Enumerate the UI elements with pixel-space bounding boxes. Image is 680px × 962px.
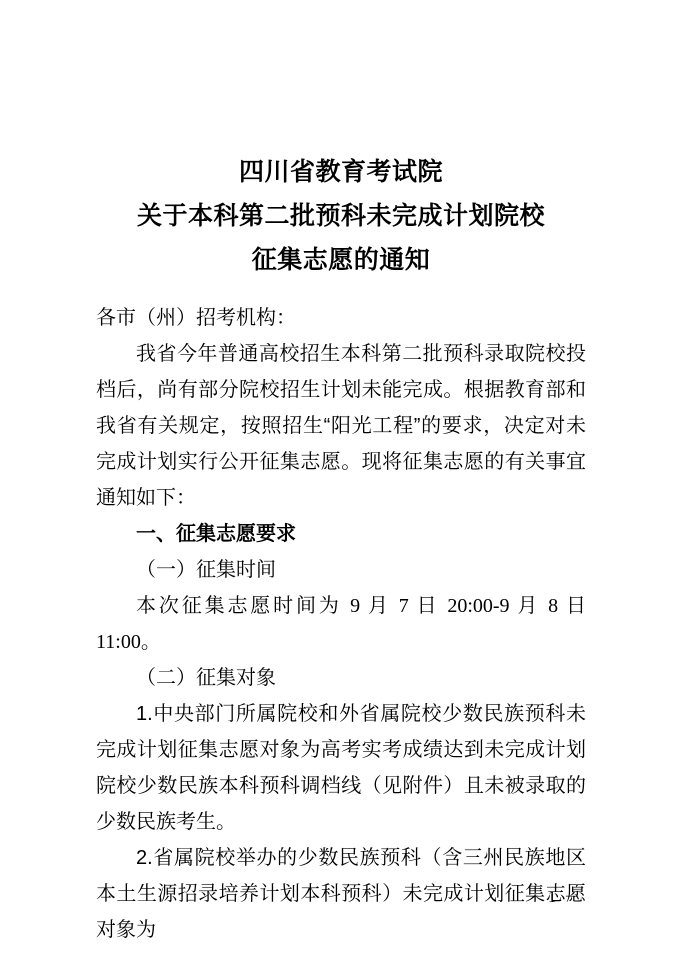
title-line-subject: 关于本科第二批预科未完成计划院校 [96, 194, 586, 238]
subsection-heading-time: （一）征集时间 [96, 552, 586, 588]
target-paragraph-2: 2.省属院校举办的少数民族预科（含三州民族地区本土生源招录培养计划本科预科）未完… [96, 840, 586, 948]
target-paragraph-1: 1.中央部门所属院校和外省属院校少数民族预科未完成计划征集志愿对象为高考实考成绩… [96, 696, 586, 840]
time-text-prefix: 本次征集志愿时间为 [136, 595, 350, 617]
intro-paragraph: 我省今年普通高校招生本科第二批预科录取院校投档后，尚有部分院校招生计划未能完成。… [96, 336, 586, 516]
page-number: － 1 － [524, 884, 582, 907]
time-text-suffix: 。 [141, 631, 161, 653]
document-page: 四川省教育考试院 关于本科第二批预科未完成计划院校 征集志愿的通知 各市（州）招… [0, 0, 680, 962]
document-title: 四川省教育考试院 关于本科第二批预科未完成计划院校 征集志愿的通知 [96, 150, 586, 282]
salutation: 各市（州）招考机构： [96, 300, 586, 336]
document-body: 各市（州）招考机构： 我省今年普通高校招生本科第二批预科录取院校投档后，尚有部分… [96, 300, 586, 948]
title-line-notice: 征集志愿的通知 [96, 238, 586, 282]
time-paragraph: 本次征集志愿时间为 9 月 7 日 20:00-9 月 8 日 11:00。 [96, 588, 586, 660]
document-content: 四川省教育考试院 关于本科第二批预科未完成计划院校 征集志愿的通知 各市（州）招… [96, 150, 586, 948]
title-line-issuer: 四川省教育考试院 [96, 150, 586, 194]
section-heading-requirements: 一、征集志愿要求 [96, 516, 586, 552]
subsection-heading-target: （二）征集对象 [96, 660, 586, 696]
